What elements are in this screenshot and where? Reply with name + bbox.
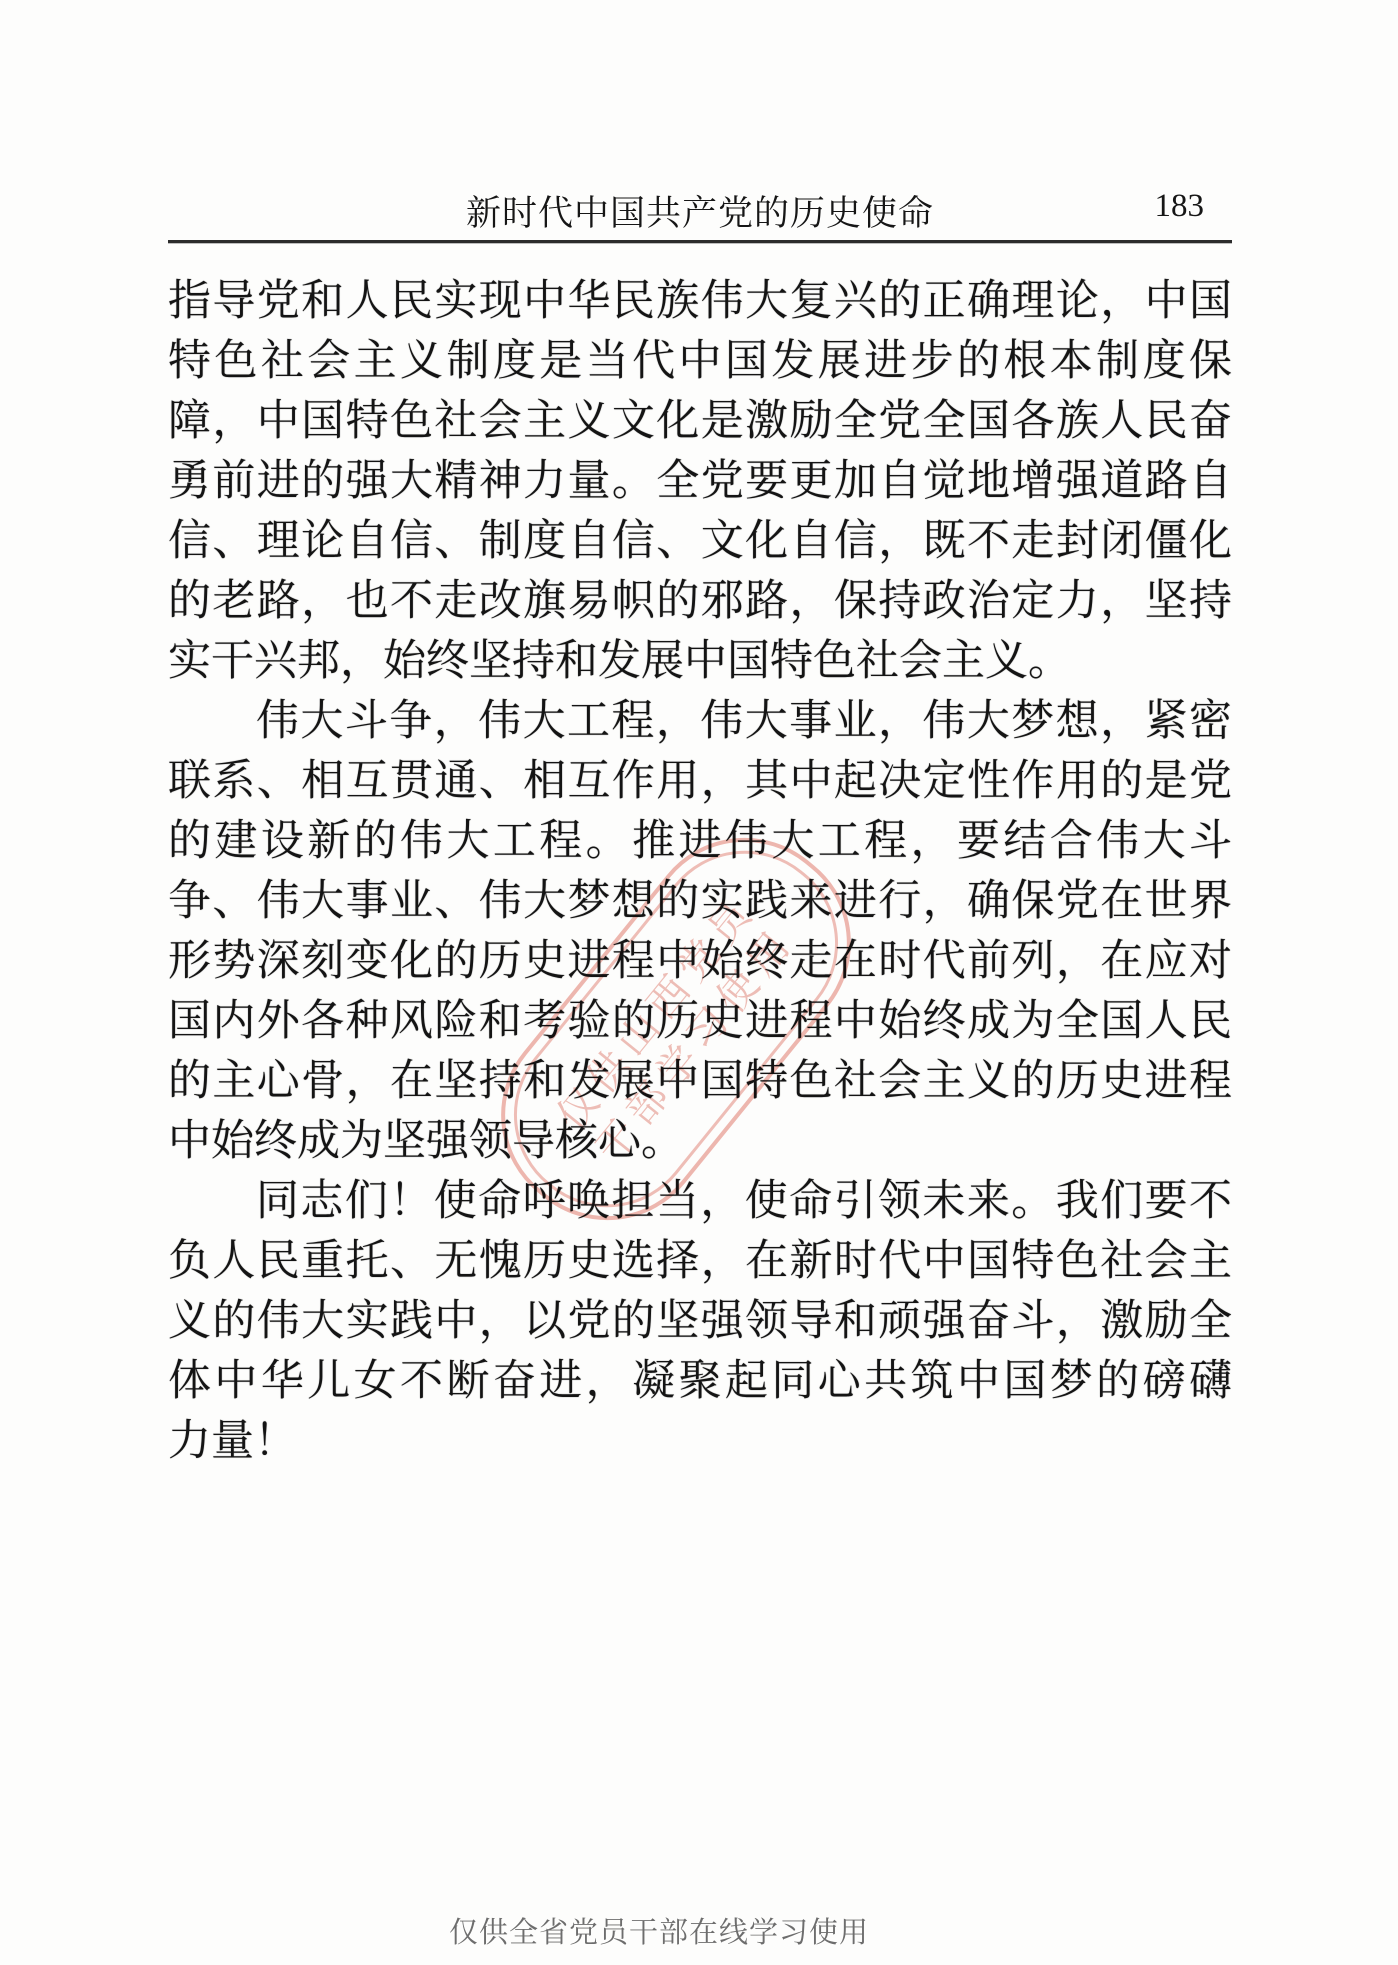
body-text-line: 负人民重托、无愧历史选择，在新时代中国特色社会主 [168,1232,1232,1292]
page-number: 183 [1155,188,1205,225]
body-text-line: 的主心骨，在坚持和发展中国特色社会主义的历史进程 [168,1052,1232,1112]
scanned-book-page: 新时代中国共产党的历史使命 183 指导党和人民实现中华民族伟大复兴的正确理论，… [0,0,1398,1965]
body-text-line: 的老路，也不走改旗易帜的邪路，保持政治定力，坚持 [168,572,1232,632]
body-text-line: 实干兴邦，始终坚持和发展中国特色社会主义。 [168,632,1232,692]
footer-usage-notice: 仅供全省党员干部在线学习使用 [0,1910,1358,1951]
body-text-line: 争、伟大事业、伟大梦想的实践来进行，确保党在世界 [168,872,1232,932]
page-header: 新时代中国共产党的历史使命 183 [168,186,1232,244]
chapter-title: 新时代中国共产党的历史使命 [168,186,1232,236]
body-text-line: 义的伟大实践中，以党的坚强领导和顽强奋斗，激励全 [168,1292,1232,1352]
header-rule [168,240,1232,243]
body-text-line: 体中华儿女不断奋进，凝聚起同心共筑中国梦的磅礴 [168,1352,1232,1412]
body-text-line: 信、理论自信、制度自信、文化自信，既不走封闭僵化 [168,512,1232,572]
body-text-line: 联系、相互贯通、相互作用，其中起决定性作用的是党 [168,752,1232,812]
body-text-line: 的建设新的伟大工程。推进伟大工程，要结合伟大斗 [168,812,1232,872]
body-text-line: 形势深刻变化的历史进程中始终走在时代前列，在应对 [168,932,1232,992]
body-text-line: 障，中国特色社会主义文化是激励全党全国各族人民奋 [168,392,1232,452]
body-text-line: 中始终成为坚强领导核心。 [168,1112,1232,1172]
body-text-line: 指导党和人民实现中华民族伟大复兴的正确理论，中国 [168,272,1232,332]
body-text-line: 勇前进的强大精神力量。全党要更加自觉地增强道路自 [168,452,1232,512]
body-text-line: 国内外各种风险和考验的历史进程中始终成为全国人民 [168,992,1232,1052]
body-text-line: 同志们！使命呼唤担当，使命引领未来。我们要不 [168,1172,1232,1232]
body-text: 指导党和人民实现中华民族伟大复兴的正确理论，中国 特色社会主义制度是当代中国发展… [168,272,1232,1472]
body-text-line: 特色社会主义制度是当代中国发展进步的根本制度保 [168,332,1232,392]
body-text-line: 力量！ [168,1412,1232,1472]
body-text-line: 伟大斗争，伟大工程，伟大事业，伟大梦想，紧密 [168,692,1232,752]
